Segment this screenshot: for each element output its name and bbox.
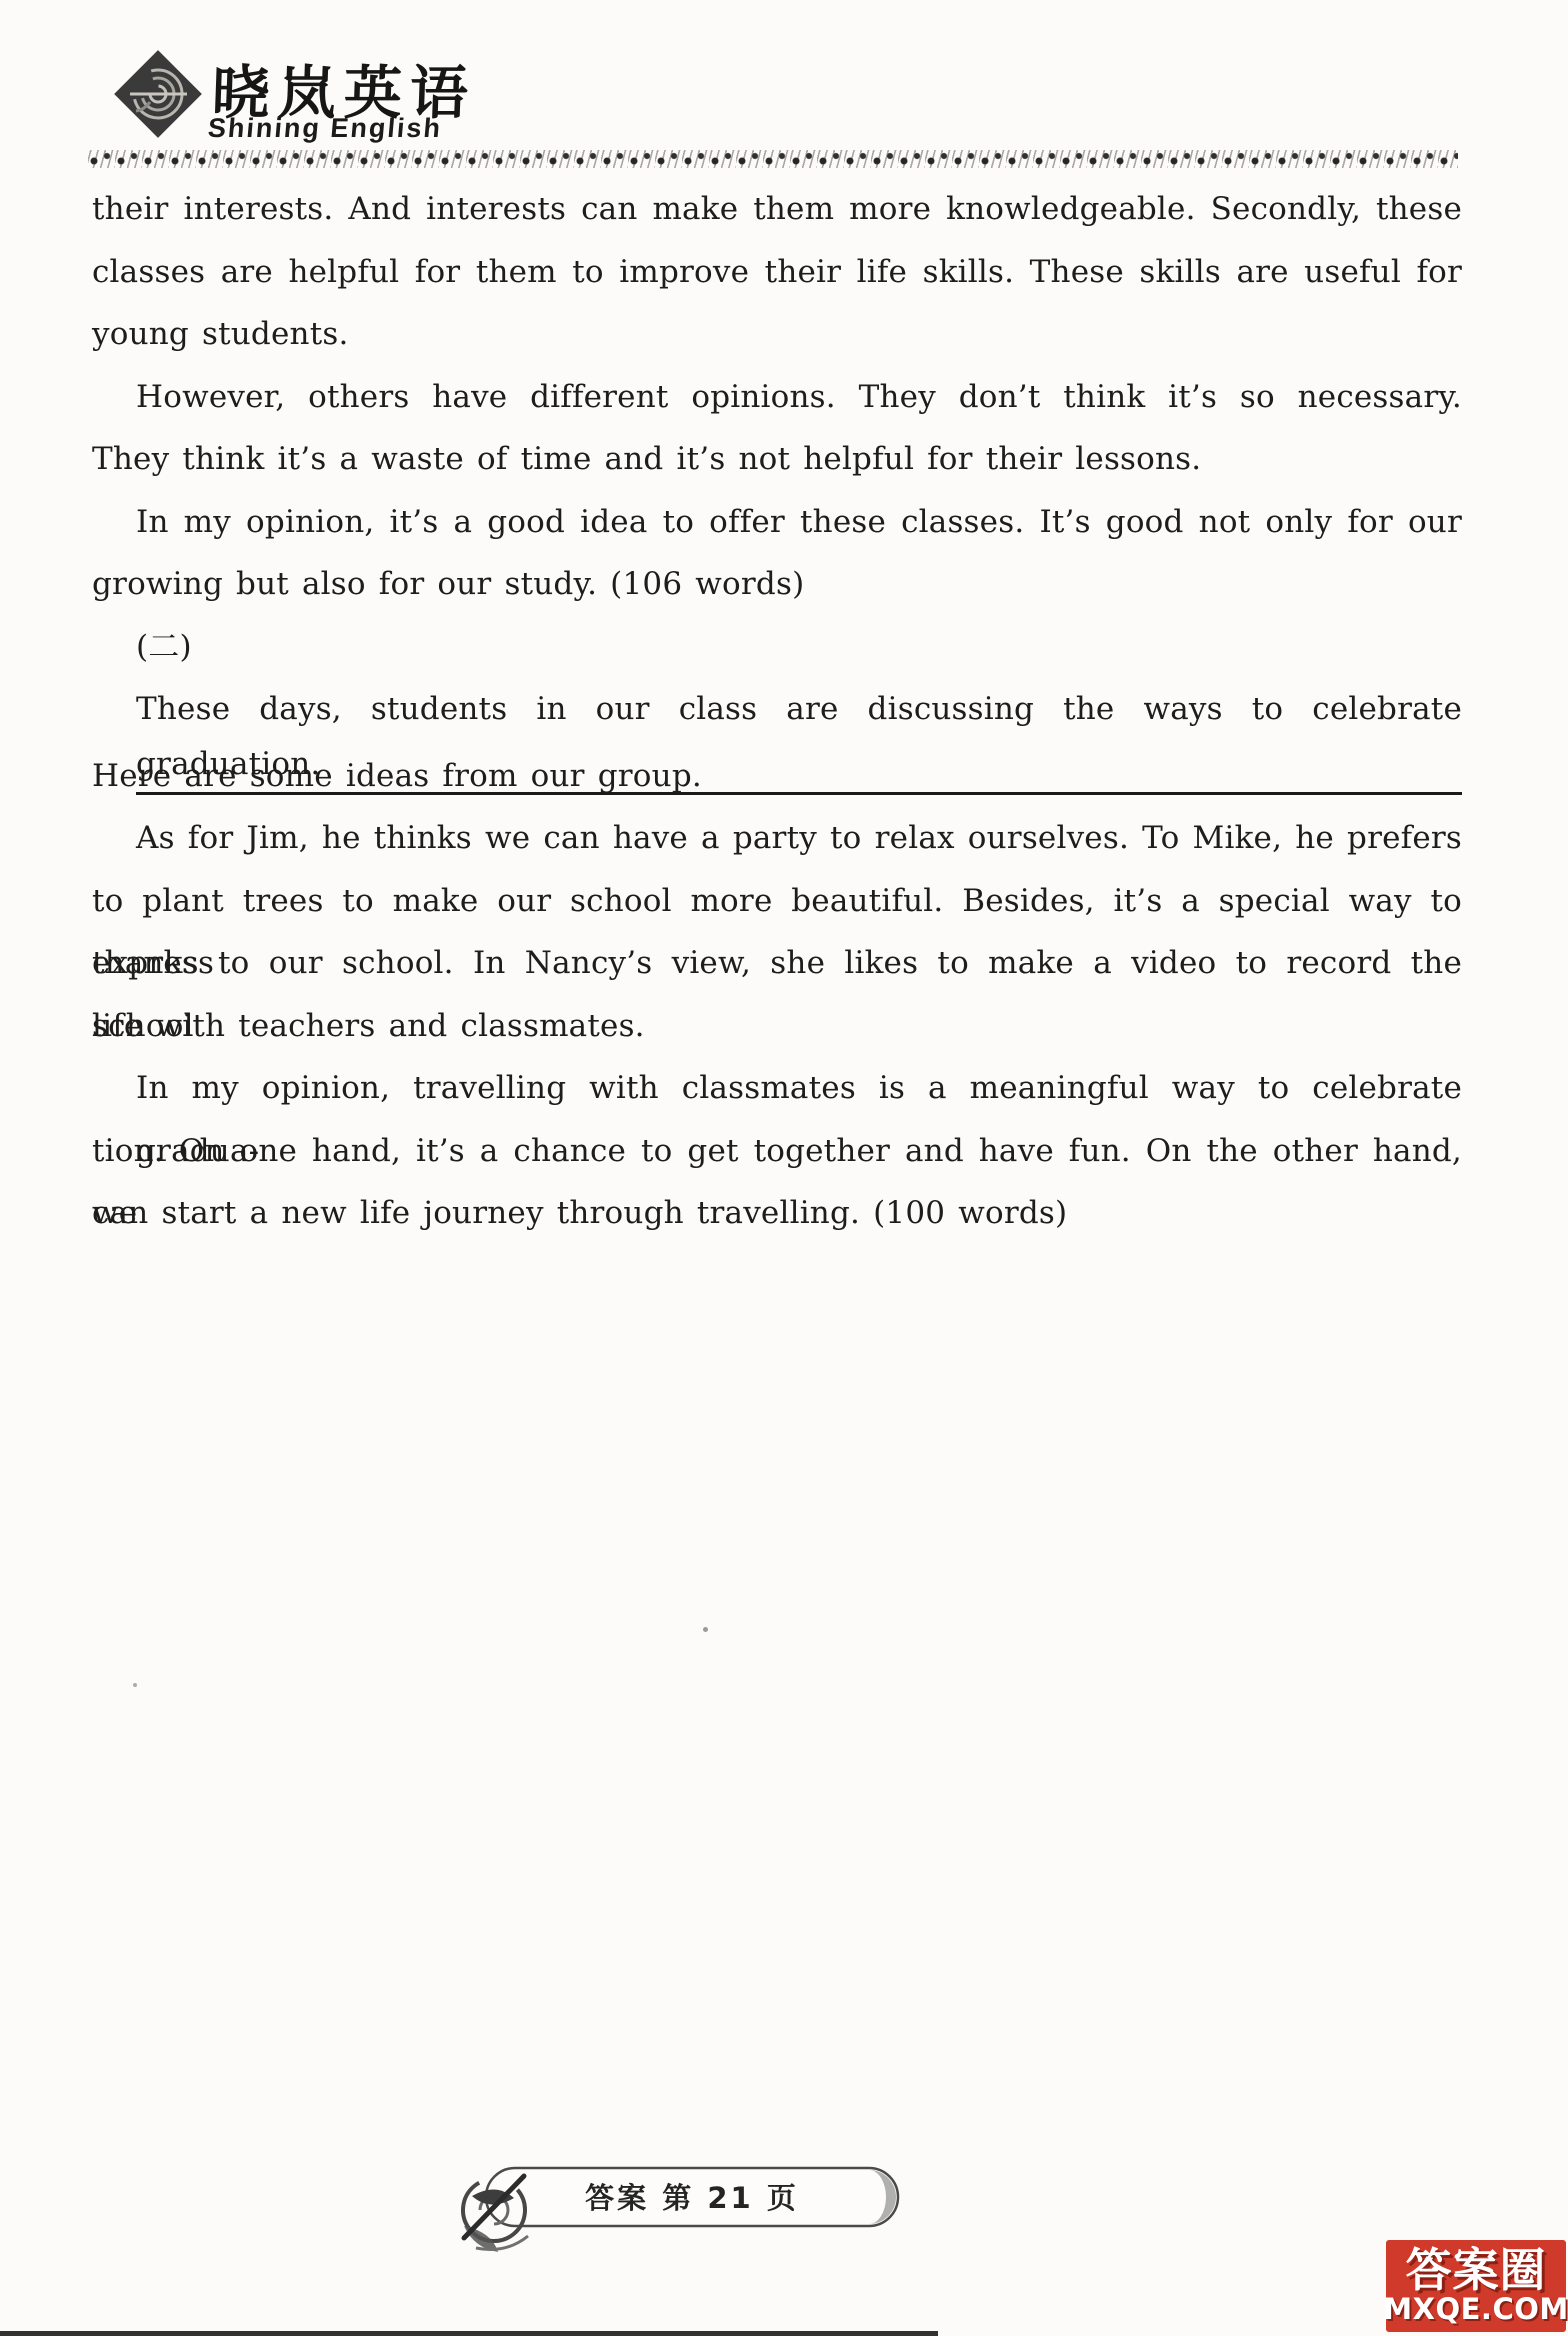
text-line: life with teachers and classmates. (92, 995, 1462, 1058)
text-line-content: Here are some ideas from our group. (92, 745, 1462, 808)
text-line: growing but also for our study. (106 wor… (92, 553, 1462, 616)
scan-speck (703, 1627, 708, 1632)
text-line: These days, students in our class are di… (92, 682, 1462, 745)
watermark-site-name: 答案圈 (1406, 2247, 1547, 2293)
text-line: Here are some ideas from our group. (92, 745, 1462, 808)
dotted-divider (88, 150, 1458, 168)
text-line: However, others have different opinions.… (92, 366, 1462, 429)
text-line-content: As for Jim, he thinks we can have a part… (136, 807, 1462, 870)
footer-page-banner: 答案 第 21 页 (438, 2150, 920, 2272)
text-line-content: classes are helpful for them to improve … (92, 241, 1462, 304)
text-line-content: However, others have different opinions.… (136, 366, 1462, 429)
text-line: In my opinion, it’s a good idea to offer… (92, 491, 1462, 554)
watermark-site-url: MXQE.COM (1383, 2293, 1568, 2325)
text-line-content: can start a new life journey through tra… (92, 1182, 1462, 1245)
text-line-content: life with teachers and classmates. (92, 995, 1462, 1058)
text-line: classes are helpful for them to improve … (92, 241, 1462, 304)
text-line: They think it’s a waste of time and it’s… (92, 428, 1462, 491)
text-line: (二) (92, 616, 1462, 679)
watermark: 答案圈 MXQE.COM (1386, 2240, 1566, 2332)
text-line: In my opinion, travelling with classmate… (92, 1057, 1462, 1120)
text-line: to plant trees to make our school more b… (92, 870, 1462, 933)
text-line: their interests. And interests can make … (92, 178, 1462, 241)
text-line-content: their interests. And interests can make … (92, 178, 1462, 241)
text-line-content: (二) (136, 616, 1462, 679)
scan-speck (133, 1683, 137, 1687)
scan-edge-artifact (0, 2331, 938, 2336)
brand-name-english: Shining English (207, 113, 444, 144)
text-line: young students. (92, 303, 1462, 366)
scanned-page: 晓岚英语 Shining English their interests. An… (0, 0, 1568, 2336)
text-line-content: They think it’s a waste of time and it’s… (92, 428, 1462, 491)
text-line-content: growing but also for our study. (106 wor… (92, 553, 1462, 616)
text-line: can start a new life journey through tra… (92, 1182, 1462, 1245)
footer-page-label: 答案 第 21 页 (585, 2181, 799, 2215)
text-line-content: In my opinion, it’s a good idea to offer… (136, 491, 1462, 554)
text-line: tion. On one hand, it’s a chance to get … (92, 1120, 1462, 1183)
text-line-content: young students. (92, 303, 1462, 366)
text-block: their interests. And interests can make … (92, 178, 1462, 1245)
text-line: thanks to our school. In Nancy’s view, s… (92, 932, 1462, 995)
brand-diamond-logo-icon (110, 40, 206, 148)
text-line: As for Jim, he thinks we can have a part… (92, 807, 1462, 870)
